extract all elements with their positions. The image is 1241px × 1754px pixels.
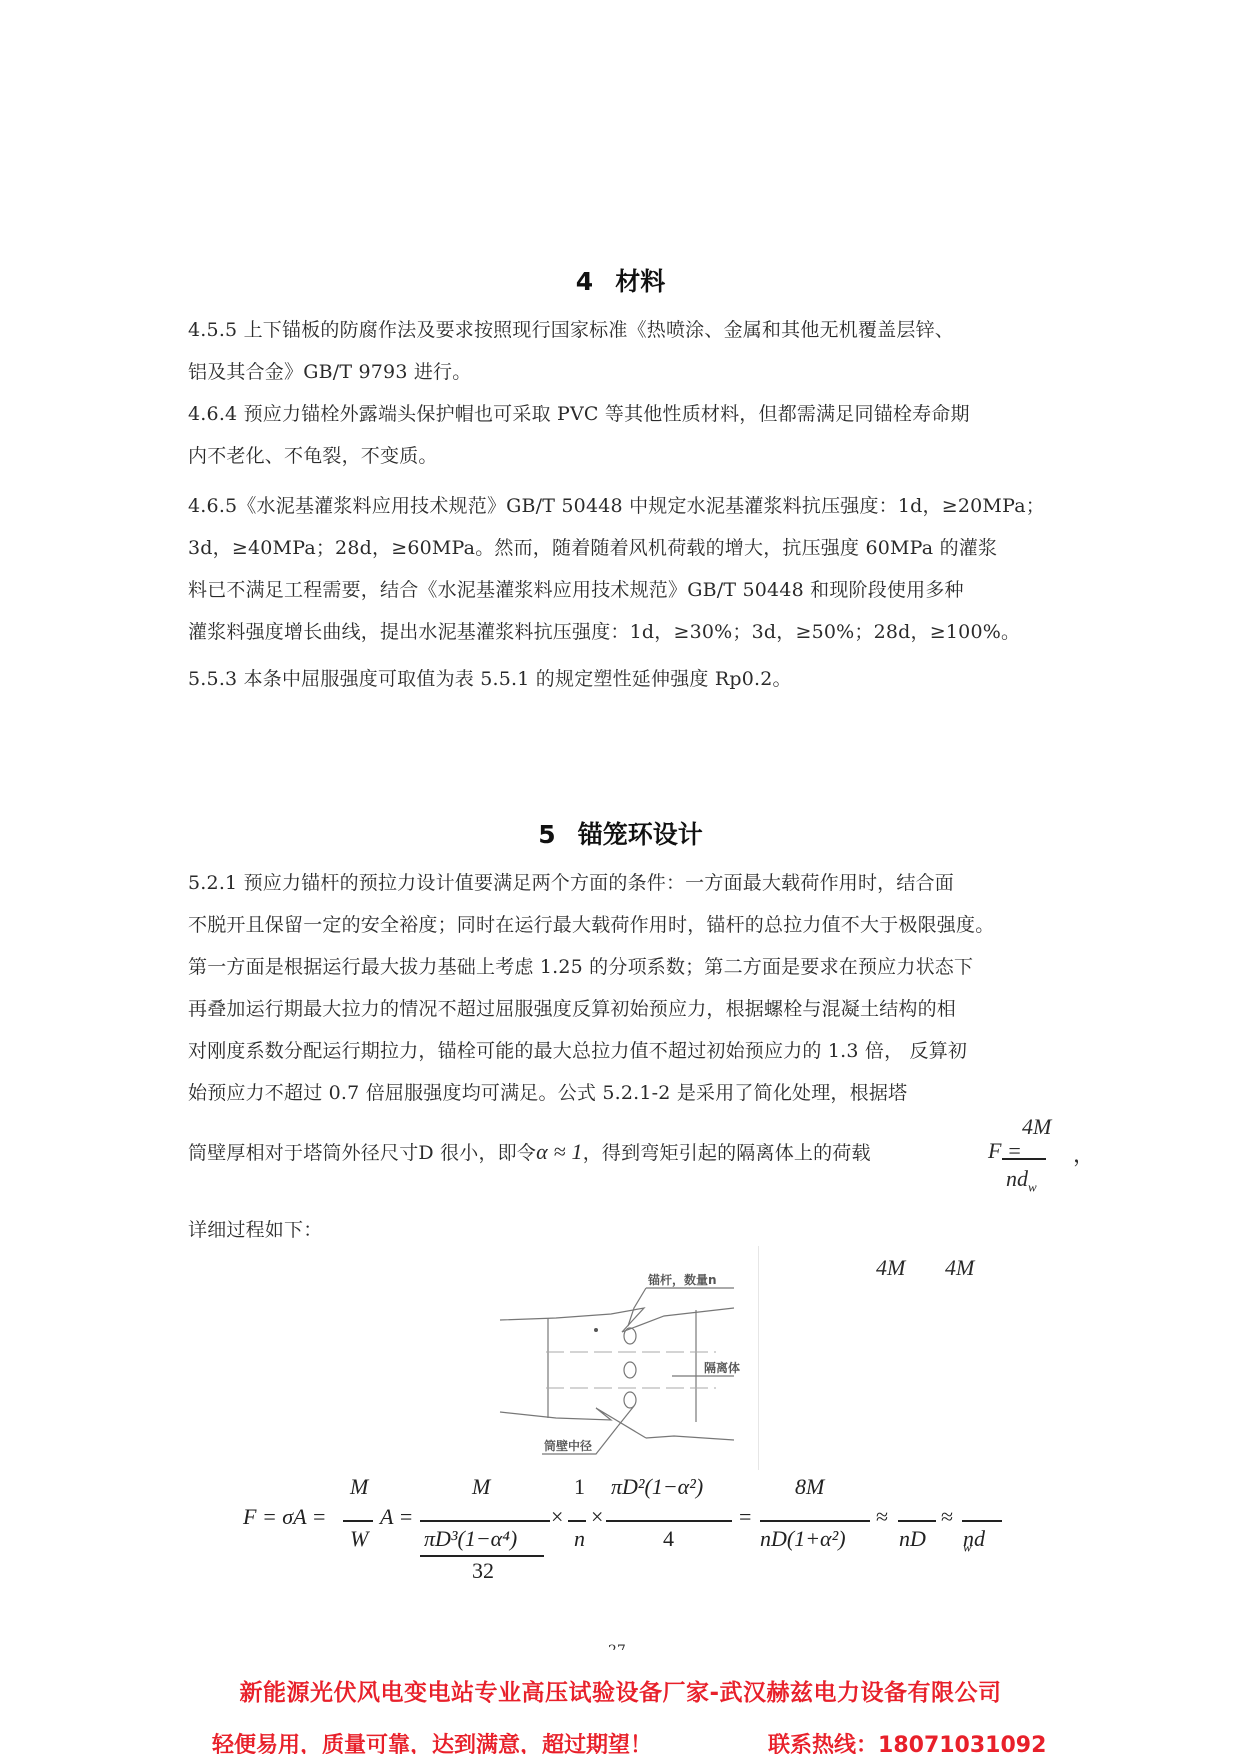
eq-den: 4: [663, 1526, 674, 1552]
paragraph-line: 4.6.5《水泥基灌浆料应用技术规范》GB/T 50448 中规定水泥基灌浆料抗…: [188, 494, 1045, 518]
paragraph-line: 4.5.5 上下锚板的防腐作法及要求按照现行国家标准《热喷涂、金属和其他无机覆盖…: [188, 318, 954, 342]
stray-fraction-numerator: 4M: [945, 1255, 974, 1281]
section-5-heading: 5锚笼环设计: [0, 815, 1241, 851]
hotline-label: 联系热线：: [768, 1733, 878, 1754]
eq-approx: ≈: [876, 1504, 888, 1530]
formula-line-text: 筒壁厚相对于塔筒外径尺寸D 很小，即令: [188, 1142, 536, 1164]
section-number: 4: [576, 267, 593, 296]
eq-den: n: [574, 1526, 585, 1552]
comma: ，: [1073, 1138, 1095, 1169]
section-title: 材料: [615, 267, 665, 296]
eq-den: 32: [472, 1558, 494, 1584]
detail-label: 详细过程如下：: [188, 1218, 322, 1242]
paragraph-line: 灌浆料强度增长曲线，提出水泥基灌浆料抗压强度：1d，≥30%；3d，≥50%；2…: [188, 620, 1020, 644]
footer-slogan: 轻便易用，质量可靠，达到满意，超过期望！: [212, 1728, 652, 1754]
eq-A: A =: [380, 1504, 413, 1530]
footer-hotline: 联系热线：18071031092: [768, 1728, 1046, 1754]
eq-num: 1: [574, 1474, 585, 1500]
paragraph-line: 5.5.3 本条中屈服强度可取值为表 5.5.1 的规定塑性延伸强度 Rp0.2…: [188, 667, 792, 691]
paragraph-line: 铝及其合金》GB/T 9793 进行。: [188, 360, 471, 384]
eq-times: ×: [591, 1504, 603, 1530]
eq-equals: =: [739, 1504, 751, 1530]
stray-fraction-numerator: 4M: [876, 1255, 905, 1281]
hotline-number: 18071031092: [878, 1733, 1046, 1754]
inline-fraction-denominator: ndw: [1006, 1166, 1037, 1195]
paragraph-line: 始预应力不超过 0.7 倍屈服强度均可满足。公式 5.2.1-2 是采用了简化处…: [188, 1081, 907, 1105]
section-number: 5: [538, 820, 555, 849]
label-anchor-count: 锚杆，数量n: [647, 1272, 717, 1287]
alpha-approx: α ≈ 1: [536, 1139, 583, 1164]
paragraph-line: 内不老化、不龟裂，不变质。: [188, 444, 438, 468]
formula-line-text-2: ，得到弯矩引起的隔离体上的荷载: [583, 1142, 871, 1164]
isolation-body-diagram: 锚杆，数量n 隔离体 筒壁中径: [496, 1248, 764, 1464]
eq-num: πD²(1−α²): [611, 1474, 703, 1500]
formula-text-line: 筒壁厚相对于塔筒外径尺寸D 很小，即令α ≈ 1，得到弯矩引起的隔离体上的荷载: [188, 1140, 871, 1165]
paragraph-line: 不脱开且保留一定的安全裕度；同时在运行最大载荷作用时，锚杆的总拉力值不大于极限强…: [188, 913, 994, 937]
label-wall-mid-diameter: 筒壁中径: [544, 1438, 592, 1453]
eq-lhs: F = σA =: [243, 1504, 327, 1530]
eq-den: nD: [899, 1526, 926, 1552]
eq-den: ndw: [963, 1526, 972, 1555]
paragraph-line: 对刚度系数分配运行期拉力，锚栓可能的最大总拉力值不超过初始预应力的 1.3 倍，…: [188, 1039, 967, 1063]
paragraph-line: 4.6.4 预应力锚栓外露端头保护帽也可采取 PVC 等其他性质材料，但都需满足…: [188, 402, 970, 426]
eq-num: 8M: [795, 1474, 824, 1500]
section-4-heading: 4材料: [0, 262, 1241, 298]
eq-num: M: [472, 1474, 490, 1500]
paragraph-line: 再叠加运行期最大拉力的情况不超过屈服强度反算初始预应力，根据螺栓与混凝土结构的相: [188, 997, 956, 1021]
eq-num: M: [350, 1474, 368, 1500]
paragraph-line: 5.2.1 预应力锚杆的预拉力设计值要满足两个方面的条件：一方面最大载荷作用时，…: [188, 871, 954, 895]
inline-F-equals: F =: [988, 1138, 1022, 1164]
eq-den: nD(1+α²): [760, 1526, 846, 1552]
paragraph-line: 第一方面是根据运行最大拔力基础上考虑 1.25 的分项系数；第二方面是要求在预应…: [188, 955, 973, 979]
page-number: 27: [608, 1642, 626, 1650]
eq-times: ×: [551, 1504, 563, 1530]
inline-fraction-numerator: 4M: [1022, 1114, 1051, 1140]
footer-company-line: 新能源光伏风电变电站专业高压试验设备厂家-武汉赫兹电力设备有限公司: [0, 1674, 1241, 1707]
eq-approx: ≈: [941, 1504, 953, 1530]
eq-den: W: [350, 1526, 368, 1552]
paragraph-line: 3d，≥40MPa；28d，≥60MPa。然而，随着随着风机荷载的增大，抗压强度…: [188, 536, 997, 560]
fraction-bar: [1002, 1158, 1046, 1160]
section-title: 锚笼环设计: [578, 820, 703, 849]
label-isolation-body: 隔离体: [704, 1360, 740, 1375]
eq-den: πD³(1−α⁴): [424, 1526, 517, 1552]
paragraph-line: 料已不满足工程需要，结合《水泥基灌浆料应用技术规范》GB/T 50448 和现阶…: [188, 578, 964, 602]
